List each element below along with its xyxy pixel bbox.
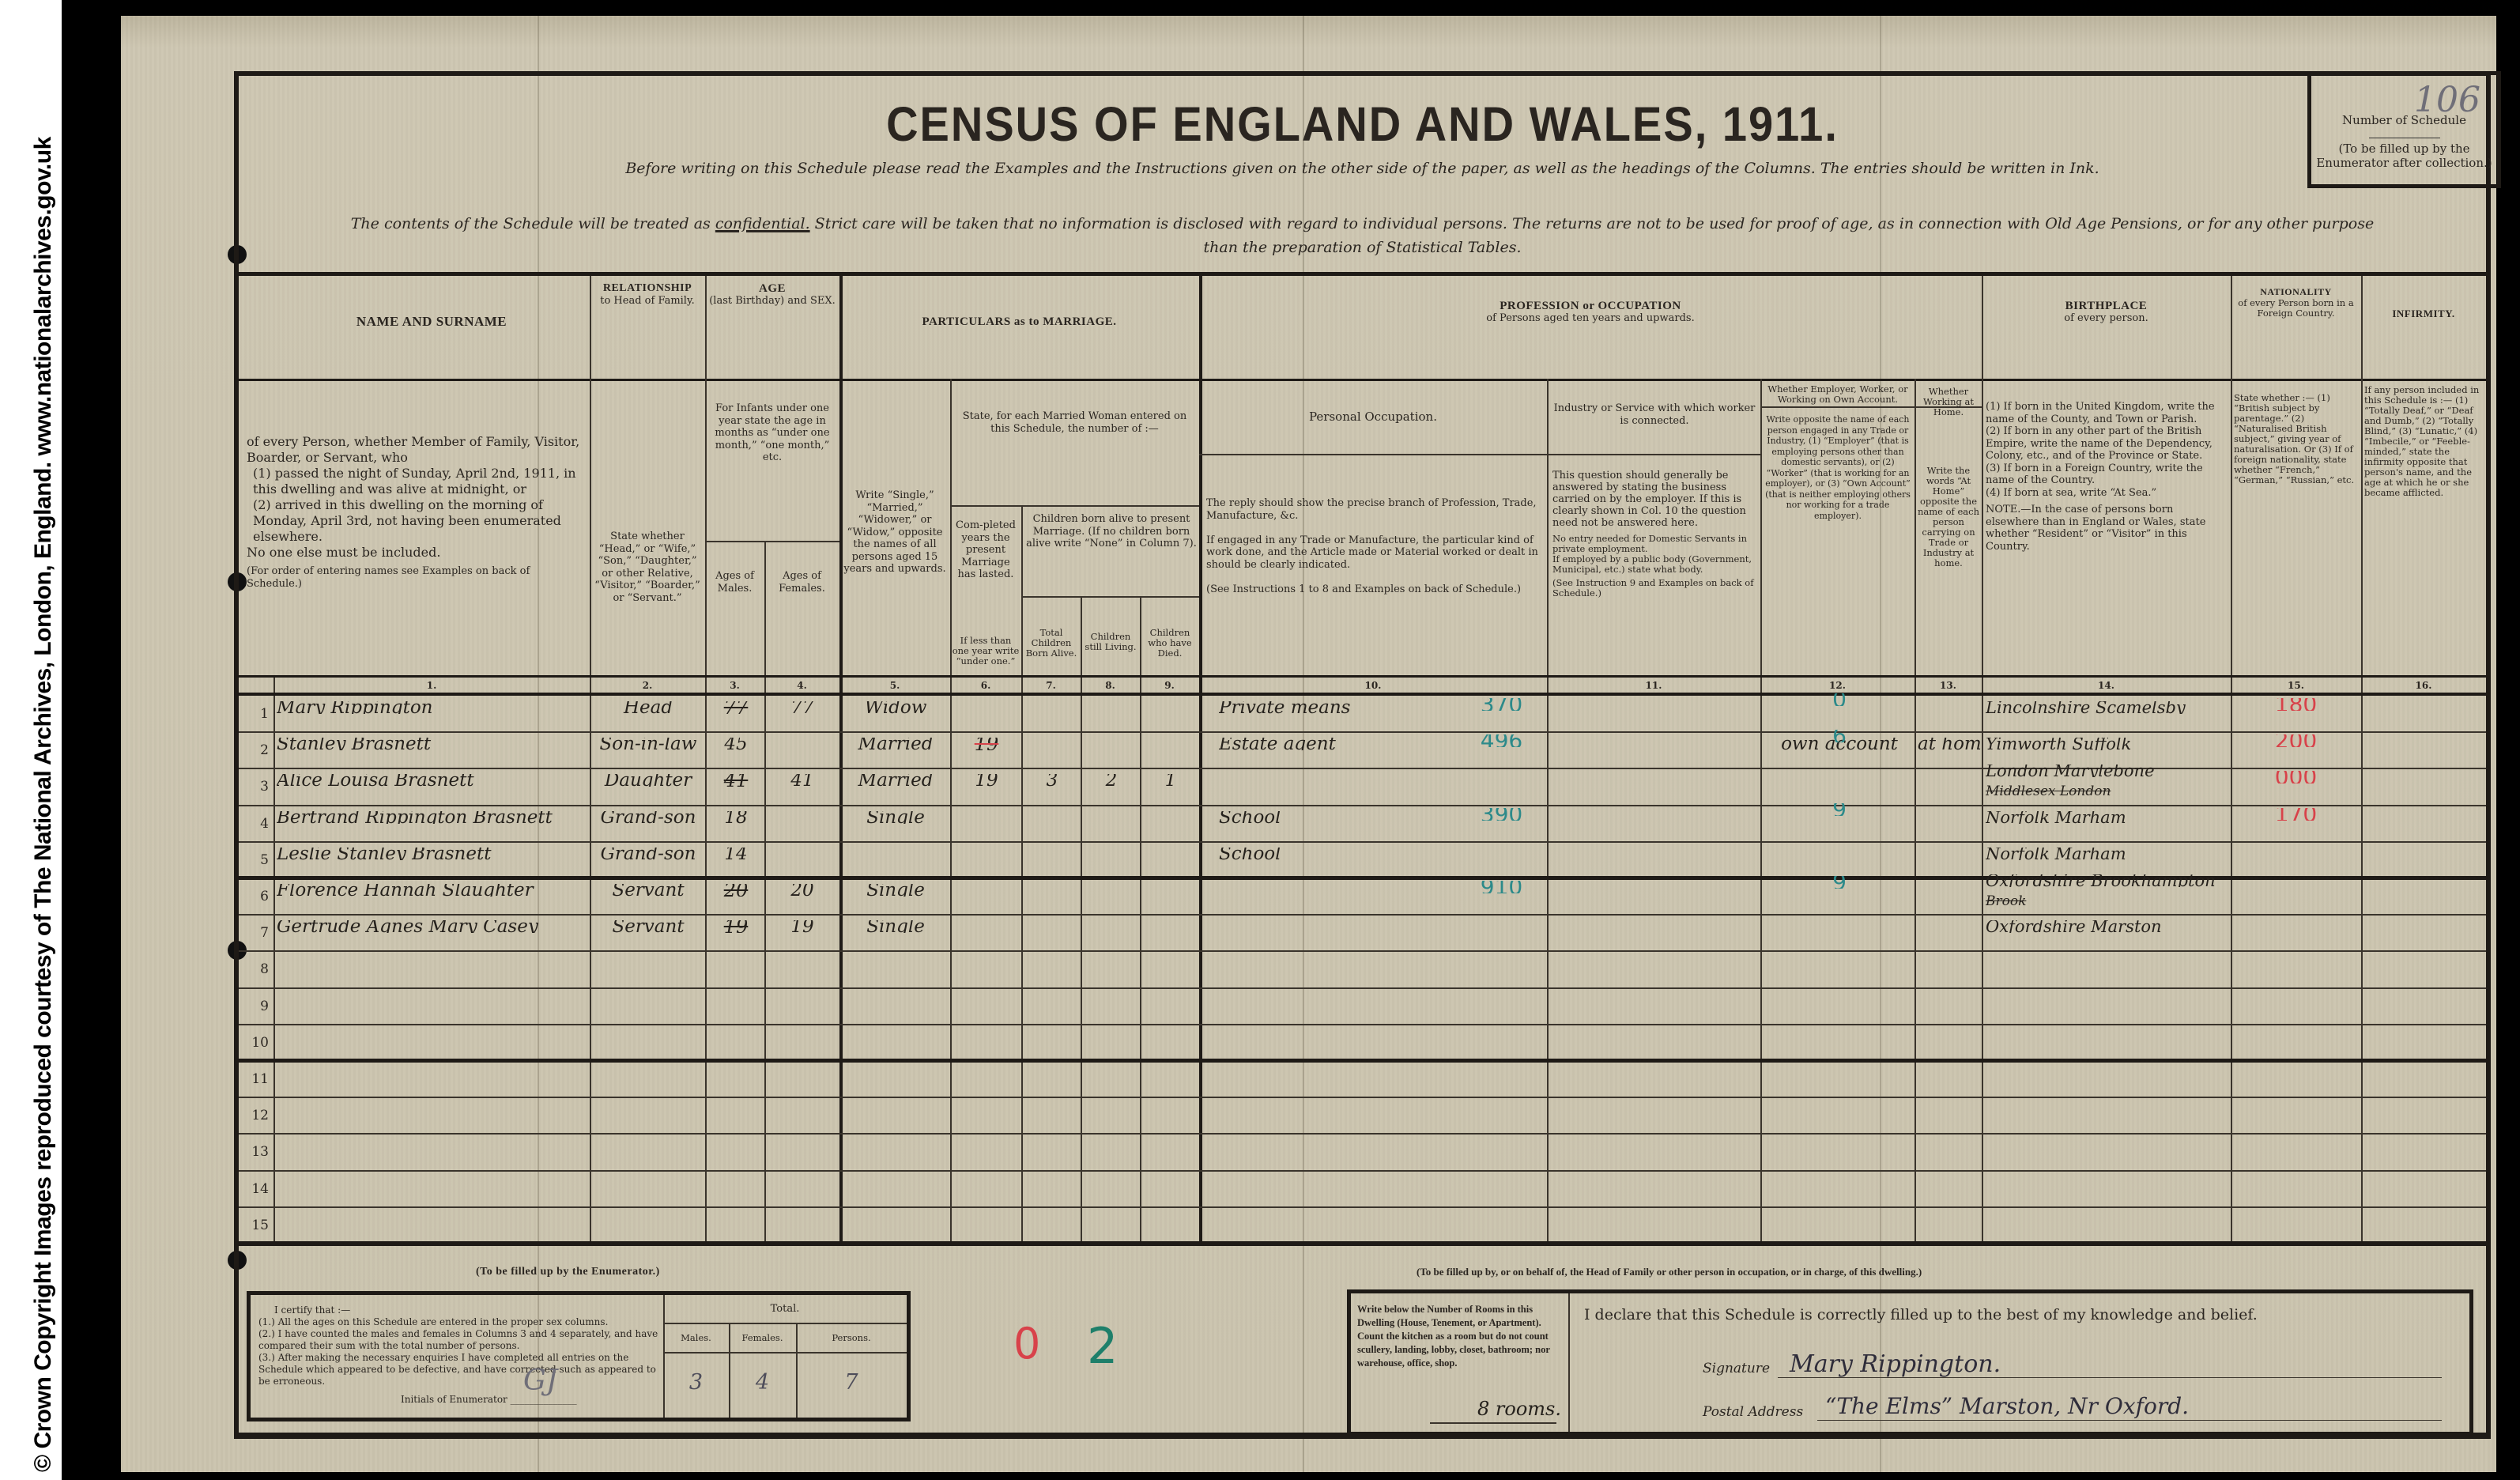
column-number: 14. bbox=[1982, 679, 2231, 692]
row-employer-code: 0 bbox=[1764, 693, 1915, 706]
header-children-died: Children who have Died. bbox=[1141, 628, 1198, 659]
header-birthplace-desc: (1) If born in the United Kingdom, write… bbox=[1986, 401, 2228, 553]
header-industry: Industry or Service with which worker is… bbox=[1551, 402, 1758, 427]
annotation-green-mark: 2 bbox=[1087, 1317, 1118, 1375]
row-nationality-code: 180 bbox=[2231, 698, 2361, 711]
signature-value: Mary Rippington. bbox=[1790, 1350, 2001, 1378]
header-marriage-years: Com-pleted years the present Marriage ha… bbox=[952, 519, 1020, 581]
row-employer-code: 6 bbox=[1764, 730, 1915, 742]
header-industry-desc: This question should generally be answer… bbox=[1552, 470, 1756, 598]
row-children-died: 1 bbox=[1143, 774, 1198, 787]
column-number: 1. bbox=[274, 679, 590, 692]
row-occupation: Private means bbox=[1219, 701, 1456, 714]
column-number: 8. bbox=[1081, 679, 1140, 692]
row-rule bbox=[239, 1206, 2486, 1208]
confidentiality-notice: The contents of the Schedule will be tre… bbox=[239, 212, 2486, 259]
schedule-number-box: 106 Number of Schedule (To be filled up … bbox=[2307, 71, 2501, 188]
column-number: 15. bbox=[2231, 679, 2361, 692]
header-nationality: NATIONALITY of every Person born in a Fo… bbox=[2231, 285, 2361, 319]
row-birthplace: Norfolk Marham bbox=[1986, 811, 2229, 824]
row-employer-code: 9 bbox=[1764, 876, 1915, 889]
row-number: 2 bbox=[239, 744, 272, 757]
row-name: Stanley Brasnett bbox=[277, 738, 585, 750]
persons-label: Persons. bbox=[796, 1333, 907, 1343]
row-rule bbox=[239, 1097, 2486, 1098]
header-children-born: Total Children Born Alive. bbox=[1023, 628, 1080, 659]
row-relationship: Servant bbox=[593, 884, 704, 897]
row-age-male: 45 bbox=[708, 738, 764, 750]
rooms-instruction: Write below the Number of Rooms in this … bbox=[1357, 1303, 1559, 1370]
row-relationship: Servant bbox=[593, 920, 704, 933]
column-number: 13. bbox=[1915, 679, 1982, 692]
row-rule bbox=[239, 1059, 2486, 1063]
certify-text: I certify that :— (1.) All the ages on t… bbox=[258, 1304, 662, 1406]
row-rule bbox=[239, 841, 2486, 843]
total-label: Total. bbox=[663, 1303, 907, 1316]
copyright-text: © Crown Copyright Images reproduced cour… bbox=[30, 137, 57, 1472]
row-condition: Married bbox=[843, 738, 949, 750]
column-number: 16. bbox=[2361, 679, 2486, 692]
rooms-line bbox=[1430, 1422, 1556, 1424]
row-name: Alice Louisa Brasnett bbox=[277, 774, 585, 787]
header-ages-males: Ages of Males. bbox=[705, 570, 764, 595]
row-number: 3 bbox=[239, 780, 272, 793]
header-age-desc: For Infants under one year state the age… bbox=[708, 402, 836, 464]
row-number: 7 bbox=[239, 927, 272, 939]
enumerator-initials: GJ bbox=[523, 1365, 557, 1397]
males-label: Males. bbox=[663, 1333, 729, 1343]
row-birthplace: Norfolk Marham bbox=[1986, 848, 2229, 860]
row-number: 13 bbox=[239, 1146, 272, 1158]
row-occupation-code: 390 bbox=[1460, 808, 1543, 821]
row-rule bbox=[239, 1024, 2486, 1025]
females-label: Females. bbox=[729, 1333, 796, 1343]
row-name: Gertrude Agnes Mary Casey bbox=[277, 920, 585, 933]
row-rule bbox=[239, 731, 2486, 733]
row-birthplace-struck: Middlesex London bbox=[1986, 785, 2229, 798]
row-number: 6 bbox=[239, 890, 272, 903]
instructions-text: Before writing on this Schedule please r… bbox=[239, 160, 2486, 177]
subheader-rule bbox=[950, 505, 1199, 507]
header-marriage: PARTICULARS as to MARRIAGE. bbox=[839, 315, 1199, 328]
row-number: 12 bbox=[239, 1109, 272, 1122]
row-condition: Widow bbox=[843, 701, 949, 714]
header-employer: Whether Employer, Worker, or Working on … bbox=[1763, 384, 1913, 405]
row-nationality-code: 170 bbox=[2231, 808, 2361, 821]
document-viewer: CENSUS OF ENGLAND AND WALES, 1911. Befor… bbox=[62, 0, 2512, 1480]
row-age-male-struck: 19 bbox=[708, 920, 764, 933]
header-bottom-rule bbox=[239, 675, 2486, 678]
row-age-male: 14 bbox=[708, 848, 764, 860]
column-number: 9. bbox=[1140, 679, 1199, 692]
schedule-form: CENSUS OF ENGLAND AND WALES, 1911. Befor… bbox=[234, 71, 2491, 1439]
header-relationship: RELATIONSHIP to Head of Family. bbox=[590, 282, 705, 308]
header-home: Whether Working at Home. bbox=[1916, 387, 1981, 417]
row-rule bbox=[239, 1133, 2486, 1135]
row-name: Leslie Stanley Brasnett bbox=[277, 848, 585, 860]
total-rule bbox=[663, 1323, 907, 1324]
page-title: CENSUS OF ENGLAND AND WALES, 1911. bbox=[239, 96, 2486, 153]
header-personal-occupation: Personal Occupation. bbox=[1199, 410, 1547, 423]
row-birthplace-struck: Brook bbox=[1986, 895, 2229, 908]
head-of-family-heading: (To be filled up by, or on behalf of, th… bbox=[1417, 1266, 1922, 1278]
row-number: 10 bbox=[239, 1036, 272, 1049]
column-number: 4. bbox=[764, 679, 839, 692]
row-children-born: 3 bbox=[1024, 774, 1080, 787]
household-table: NAME AND SURNAME of every Person, whethe… bbox=[239, 272, 2486, 1246]
row-rule bbox=[239, 914, 2486, 916]
header-marriage-state: State, for each Married Woman entered on… bbox=[954, 410, 1195, 435]
row-occupation: School bbox=[1219, 848, 1456, 860]
row-relationship: Head bbox=[593, 701, 704, 714]
column-number: 10. bbox=[1199, 679, 1547, 692]
row-age-male: 18 bbox=[708, 811, 764, 824]
column-number: 2. bbox=[590, 679, 705, 692]
row-condition: Married bbox=[843, 774, 949, 787]
row-occupation-code: 370 bbox=[1460, 698, 1543, 711]
row-name: Florence Hannah Slaughter bbox=[277, 884, 585, 897]
subheader-rule bbox=[1199, 454, 1760, 455]
row-age-female: 20 bbox=[767, 884, 838, 897]
row-age-male-struck: 41 bbox=[708, 774, 764, 787]
row-years-married-struck: 19 bbox=[953, 738, 1020, 750]
column-rule bbox=[1760, 379, 1762, 1242]
row-name: Mary Rippington bbox=[277, 701, 585, 714]
row-age-female: 77 bbox=[767, 701, 838, 714]
row-birthplace: Oxfordshire Marston bbox=[1986, 920, 2229, 933]
column-number: 12. bbox=[1760, 679, 1915, 692]
row-occupation: School bbox=[1219, 811, 1456, 824]
postal-address-label: Postal Address bbox=[1703, 1404, 1803, 1420]
signature-label: Signature bbox=[1703, 1361, 1770, 1376]
row-home: at home bbox=[1918, 738, 1981, 750]
row-condition: Single bbox=[843, 811, 949, 824]
row-age-female: 41 bbox=[767, 774, 838, 787]
row-number: 8 bbox=[239, 963, 272, 976]
header-personal-desc: The reply should show the precise branch… bbox=[1206, 497, 1541, 595]
header-ages-females: Ages of Females. bbox=[764, 570, 839, 595]
schedule-number: 106 bbox=[2414, 80, 2480, 120]
row-age-male-struck: 20 bbox=[708, 884, 764, 897]
address-line bbox=[1817, 1420, 2442, 1421]
row-number: 15 bbox=[239, 1219, 272, 1232]
enumerator-heading: (To be filled up by the Enumerator.) bbox=[476, 1266, 660, 1278]
row-relationship: Son-in-law bbox=[593, 738, 704, 750]
annotation-red-mark: 0 bbox=[1013, 1319, 1040, 1369]
row-number: 11 bbox=[239, 1073, 272, 1085]
row-occupation-code: 496 bbox=[1460, 734, 1543, 747]
column-number: 7. bbox=[1021, 679, 1081, 692]
header-name-title: NAME AND SURNAME bbox=[274, 315, 590, 328]
row-rule bbox=[239, 1241, 2486, 1245]
row-rule bbox=[239, 1170, 2486, 1172]
row-condition: Single bbox=[843, 920, 949, 933]
column-rule bbox=[1021, 505, 1023, 1242]
total-rule bbox=[663, 1352, 907, 1354]
signature-line bbox=[1778, 1377, 2442, 1378]
total-males: 3 bbox=[663, 1370, 729, 1395]
column-number: 5. bbox=[839, 679, 950, 692]
total-females: 4 bbox=[729, 1370, 796, 1395]
column-number-rule bbox=[239, 693, 2486, 696]
total-persons: 7 bbox=[796, 1370, 907, 1395]
schedule-number-note: (To be filled up by the Enumerator after… bbox=[2316, 142, 2492, 170]
header-age: AGE (last Birthday) and SEX. bbox=[705, 282, 839, 308]
header-home-desc: Write the words “At Home” opposite the n… bbox=[1916, 466, 1981, 568]
row-age-male-struck: 77 bbox=[708, 701, 764, 714]
row-children-living: 2 bbox=[1084, 774, 1139, 787]
row-rule bbox=[239, 987, 2486, 989]
row-name: Bertrand Rippington Brasnett bbox=[277, 811, 585, 824]
header-relationship-desc: State whether “Head,” or “Wife,” “Son,” … bbox=[594, 530, 700, 604]
row-occupation: Estate agent bbox=[1219, 738, 1456, 750]
header-children-living: Children still Living. bbox=[1082, 632, 1139, 652]
row-rule bbox=[239, 950, 2486, 952]
row-age-female: 19 bbox=[767, 920, 838, 933]
header-employer-desc: Write opposite the name of each person e… bbox=[1763, 414, 1913, 521]
row-employer-code: 9 bbox=[1764, 803, 1915, 816]
column-rule bbox=[950, 379, 952, 1242]
subheader-rule bbox=[705, 541, 839, 542]
column-rule bbox=[764, 541, 766, 1242]
subheader-rule bbox=[1021, 596, 1199, 598]
row-years-married: 19 bbox=[953, 774, 1020, 787]
row-number: 9 bbox=[239, 1000, 272, 1013]
row-number: 5 bbox=[239, 854, 272, 866]
column-number: 3. bbox=[705, 679, 764, 692]
row-nationality-code: 200 bbox=[2231, 734, 2361, 747]
row-condition: Single bbox=[843, 884, 949, 897]
row-rule bbox=[239, 805, 2486, 806]
row-number: 14 bbox=[239, 1183, 272, 1195]
row-birthplace: London Marylebone bbox=[1986, 765, 2229, 777]
row-birthplace: Lincolnshire Scamelsby bbox=[1986, 701, 2229, 714]
header-marriage-children: Children born alive to present Marriage.… bbox=[1025, 513, 1198, 550]
row-birthplace: Yimworth Suffolk bbox=[1986, 738, 2229, 750]
header-name-desc: of every Person, whether Member of Famil… bbox=[247, 434, 587, 590]
header-divider bbox=[239, 379, 2486, 381]
copyright-strip: © Crown Copyright Images reproduced cour… bbox=[0, 0, 62, 1480]
enumerator-certificate: I certify that :— (1.) All the ages on t… bbox=[247, 1291, 911, 1421]
column-rule bbox=[274, 675, 275, 1242]
rooms-count: 8 rooms. bbox=[1477, 1398, 1561, 1420]
column-number: 6. bbox=[950, 679, 1021, 692]
postal-address-value: “The Elms” Marston, Nr Oxford. bbox=[1825, 1393, 2189, 1419]
header-birthplace: BIRTHPLACE of every person. bbox=[1982, 300, 2231, 325]
row-relationship: Grand-son bbox=[593, 811, 704, 824]
header-marriage-condition: Write “Single,” “Married,” “Widower,” or… bbox=[843, 489, 947, 576]
census-schedule: CENSUS OF ENGLAND AND WALES, 1911. Befor… bbox=[121, 16, 2496, 1472]
row-relationship: Daughter bbox=[593, 774, 704, 787]
header-infirmity: INFIRMITY. bbox=[2361, 308, 2486, 320]
row-number: 1 bbox=[239, 708, 272, 720]
header-nationality-desc: State whether :— (1) “British subject by… bbox=[2234, 393, 2359, 485]
row-occupation-code: 910 bbox=[1460, 881, 1543, 893]
column-rule bbox=[1547, 379, 1549, 1242]
header-occupation: PROFESSION or OCCUPATION of Persons aged… bbox=[1199, 300, 1982, 325]
subheader-rule bbox=[1760, 406, 1915, 408]
declaration-text: I declare that this Schedule is correctl… bbox=[1584, 1306, 2258, 1323]
declaration-rule bbox=[1568, 1293, 1570, 1432]
header-infirmity-desc: If any person included in this Schedule … bbox=[2364, 385, 2483, 498]
header-marriage-years-note: If less than one year write “under one.” bbox=[952, 636, 1020, 666]
row-relationship: Grand-son bbox=[593, 848, 704, 860]
head-of-family-declaration: Write below the Number of Rooms in this … bbox=[1347, 1289, 2473, 1436]
row-number: 4 bbox=[239, 817, 272, 830]
row-nationality-code: 000 bbox=[2231, 771, 2361, 783]
column-number: 11. bbox=[1547, 679, 1760, 692]
row-birthplace: Oxfordshire Brookhampton bbox=[1986, 874, 2229, 887]
